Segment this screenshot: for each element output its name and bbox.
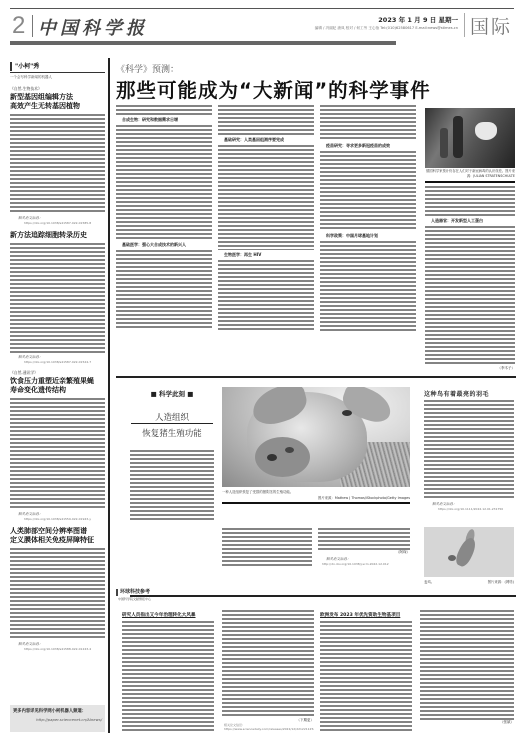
doi-link[interactable]: https://doi.org/10.1038/s41587-022-01585…	[24, 221, 105, 225]
doi-link[interactable]: https://doi.org/10.1111/2022.12.01.23175…	[438, 507, 514, 511]
bird-photo-caption: 麦鸡。 图片来源：(网络)	[424, 579, 514, 584]
brief-article: 《自然-生物技术》 新型基因组编辑方法 高效产生无转基因植物 相关论文信息： h…	[10, 86, 105, 225]
moment-title-line1: 人造组织	[130, 411, 214, 423]
more-content-link[interactable]: http://paper.sciencenet.cn/AInews/	[13, 717, 102, 722]
article-title: 饮食压力重塑近亲繁殖果蝇 寿命变化遗传结构	[10, 377, 105, 395]
article-title: 人类肺部空间分辨率图谱 定义膜体相关免疫屏障特征	[10, 527, 105, 545]
moment-title-line2: 恢复猪生殖功能	[130, 427, 214, 439]
brief-article: 人类肺部空间分辨率图谱 定义膜体相关免疫屏障特征 相关论文信息： https:/…	[10, 527, 105, 651]
section-rule	[116, 376, 516, 378]
column-header: "小柯"秀	[10, 62, 105, 71]
moment-body-mid	[222, 528, 312, 566]
article-title: 欧洲发布 2023 年优先资助生物基项目	[320, 612, 412, 618]
caption-rule	[425, 181, 515, 183]
more-content-label: 更多内容详见科学网小柯机器人频道：	[13, 708, 102, 714]
pig-photo	[222, 387, 410, 487]
bird-photo	[424, 527, 514, 577]
column-divider	[108, 58, 110, 733]
lead-subhead: 疫苗研究：寻求更多新冠疫苗的成效	[326, 143, 416, 149]
brief-article: 《自然-通讯学》 饮食压力重塑近亲繁殖果蝇 寿命变化遗传结构 相关论文信息： h…	[10, 370, 105, 521]
caption-rule	[222, 502, 410, 504]
lead-kicker: 《科学》预测：	[116, 62, 179, 75]
bottom-column-4: （张斌）	[420, 610, 514, 725]
bottom-section-sub: 中国科学院文献情报中心	[118, 597, 151, 601]
doi-link[interactable]: https://doi.org/10.1038/s41587-022-01524…	[24, 360, 105, 364]
pig-photo-credit: 图片来源：Mathew J Thomas/iStockphoto/Getty I…	[222, 495, 410, 500]
article-title: 新型基因组编辑方法 高效产生无转基因植物	[10, 93, 105, 111]
newspaper-logo: 中国科学报	[38, 14, 148, 40]
author-mark: （李木子）	[425, 366, 515, 371]
journal-tag: 《自然-通讯学》	[10, 370, 105, 376]
header-rule	[10, 72, 105, 73]
page-number: 2	[12, 13, 25, 39]
lead-column-3: 疫苗研究：寻求更多新冠疫苗的成效 科学政策：中国月球基地计划	[320, 105, 416, 333]
lead-subhead: 人造器官：开发新型人工蛋白	[431, 218, 515, 224]
lead-subhead: 基础研究：人类基因组测序要完成	[224, 137, 314, 143]
masthead: 2 中国科学报 2023 年 1 月 9 日 星期一 编辑 / 冯丽妃 唐凤 校…	[10, 8, 514, 44]
more-content-box: 更多内容详见科学网小柯机器人频道： http://paper.sciencene…	[10, 705, 105, 732]
bottom-column-1: 研究人员指出又今年治理转化大风暴	[122, 612, 214, 731]
editor-contact: 编辑 / 冯丽妃 唐凤 校对 / 何工劳 王心怡 Tel:(010)625806…	[315, 26, 458, 31]
moment-body-left	[130, 450, 214, 520]
caption-text: 麦鸡。	[424, 580, 434, 584]
lead-headline: 那些可能成为“大新闻”的科学事件	[116, 75, 431, 103]
article-title: 研究人员指出又今年治理转化大风暴	[122, 612, 214, 618]
article-title: 新方法追踪细胞转录历史	[10, 231, 105, 240]
pig-photo-caption: 一种人造组织恢复了受损的猪阴茎的生殖功能。	[222, 489, 410, 494]
lead-column-1: 合成生物：研究和数据需求日增 基础医学：强心大合成技术的新兴人	[116, 105, 212, 330]
masked-person-photo	[425, 108, 515, 168]
section-name: 国际	[470, 12, 512, 39]
lead-subhead: 科学政策：中国月球基地计划	[326, 233, 416, 239]
bird-story-title: 这种鸟有着最亮的羽毛	[424, 389, 489, 398]
bird-story-body: 相关论文信息： https://doi.org/10.1111/2022.12.…	[424, 400, 514, 513]
brief-article: 新方法追踪细胞转录历史 相关论文信息： https://doi.org/10.1…	[10, 231, 105, 364]
column-subtitle: 一个会写科学新闻的机器人	[10, 75, 105, 80]
doi-link[interactable]: https://doi.org/10.1038/s41559-022-01943…	[24, 517, 105, 521]
science-moment-label: ■ 科学此刻 ■	[130, 389, 214, 398]
photo-credit: 图片来源：(网络)	[488, 579, 514, 584]
divider	[464, 13, 465, 37]
bottom-column-3: 欧洲发布 2023 年优先资助生物基项目	[320, 612, 412, 731]
section-rule	[130, 595, 516, 597]
article-body	[10, 548, 105, 640]
masthead-rule	[10, 41, 396, 45]
article-body	[10, 398, 105, 510]
issue-date: 2023 年 1 月 9 日 星期一	[378, 15, 458, 24]
lead-subhead: 生物医学：再生 HIV	[224, 252, 314, 258]
title-rule	[131, 423, 213, 424]
lead-column-2: 基础研究：人类基因组测序要完成 生物医学：再生 HIV	[218, 105, 314, 330]
lead-subhead: 合成生物：研究和数据需求日增	[122, 117, 212, 123]
journal-tag: 《自然-生物技术》	[10, 86, 105, 92]
doi-link[interactable]: 相关论文信息：https://www.sciencedaily.com/rele…	[224, 723, 314, 731]
divider	[32, 15, 33, 37]
bottom-column-2: （下期更） 相关论文信息：https://www.sciencedaily.co…	[222, 610, 314, 733]
article-body	[10, 243, 105, 353]
lead-subhead: 基础医学：强心大合成技术的新兴人	[122, 242, 212, 248]
photo-caption: 德国科学家预计仍存在人们对于新冠病毒的认识误差。图片来源：JULIAN STRA…	[425, 169, 515, 178]
author-mark: （阿琛）	[318, 550, 410, 555]
article-body	[10, 114, 105, 214]
moment-body-right: （阿琛） 相关论文信息： http://dx.doi.org/10.1038/j…	[318, 528, 410, 568]
doi-link[interactable]: https://doi.org/10.1038/s41588-022-01243…	[24, 647, 105, 651]
left-column-xiaoke: "小柯"秀 一个会写科学新闻的机器人 《自然-生物技术》 新型基因组编辑方法 高…	[10, 62, 105, 732]
lead-column-4: 人造器官：开发新型人工蛋白 （李木子）	[425, 186, 515, 371]
doi-link[interactable]: http://dx.doi.org/10.1038/j.scm.2022.12.…	[322, 562, 410, 566]
author-mark: （张斌）	[420, 720, 514, 725]
